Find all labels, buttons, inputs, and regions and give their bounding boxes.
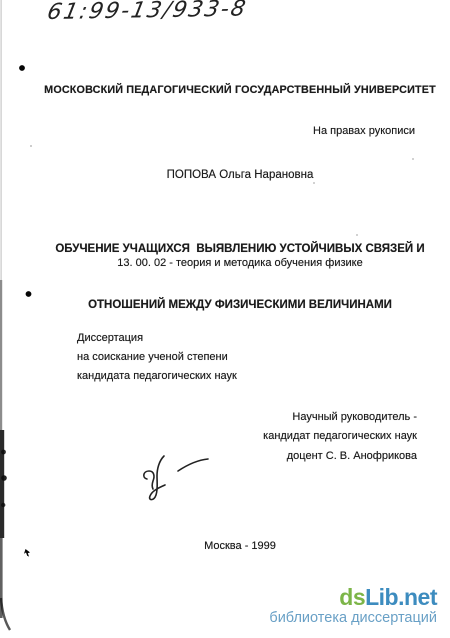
specialty-code: 13. 00. 02 - теория и методика обучения …	[30, 257, 450, 269]
handwritten-call-number: 61:99-13/933-8	[45, 0, 249, 25]
author-name: ПОПОВА Ольга Нарановна	[30, 169, 450, 181]
manuscript-note: На правах рукописи	[313, 125, 415, 137]
thesis-statement-line2: на соискание ученой степени	[77, 348, 237, 367]
dissertation-title-line1: ОБУЧЕНИЕ УЧАЩИХСЯ ВЫЯВЛЕНИЮ УСТОЙЧИВЫХ С…	[30, 240, 450, 259]
scan-speck	[313, 182, 315, 184]
university-name: МОСКОВСКИЙ ПЕДАГОГИЧЕСКИЙ ГОСУДАРСТВЕННЫ…	[30, 84, 450, 96]
dissertation-title-page: 61:99-13/933-8 МОСКОВСКИЙ ПЕДАГОГИЧЕСКИЙ…	[0, 0, 450, 638]
supervisor-line3: доцент С. В. Анофрикова	[263, 447, 417, 466]
dslib-logo: dsLib.net	[269, 586, 437, 609]
dslib-logo-prefix: ds	[339, 584, 365, 610]
dslib-tagline: библиотека диссертаций	[269, 611, 437, 626]
supervisor-block: Научный руководитель - кандидат педагоги…	[263, 408, 417, 466]
signature-handwriting	[120, 445, 230, 525]
supervisor-line2: кандидат педагогических наук	[263, 427, 417, 446]
dslib-logo-suffix: Lib.net	[365, 584, 437, 610]
dissertation-title-line2: ОТНОШЕНИЙ МЕЖДУ ФИЗИЧЕСКИМИ ВЕЛИЧИНАМИ	[30, 296, 450, 315]
dslib-watermark: dsLib.net библиотека диссертаций	[269, 586, 437, 626]
scan-speck	[412, 158, 414, 160]
city-year: Москва - 1999	[30, 540, 450, 552]
thesis-statement-line1: Диссертация	[77, 329, 237, 348]
supervisor-line1: Научный руководитель -	[263, 408, 417, 427]
thesis-statement: Диссертация на соискание ученой степени …	[77, 329, 237, 386]
thesis-statement-line3: кандидата педагогических наук	[77, 367, 237, 386]
